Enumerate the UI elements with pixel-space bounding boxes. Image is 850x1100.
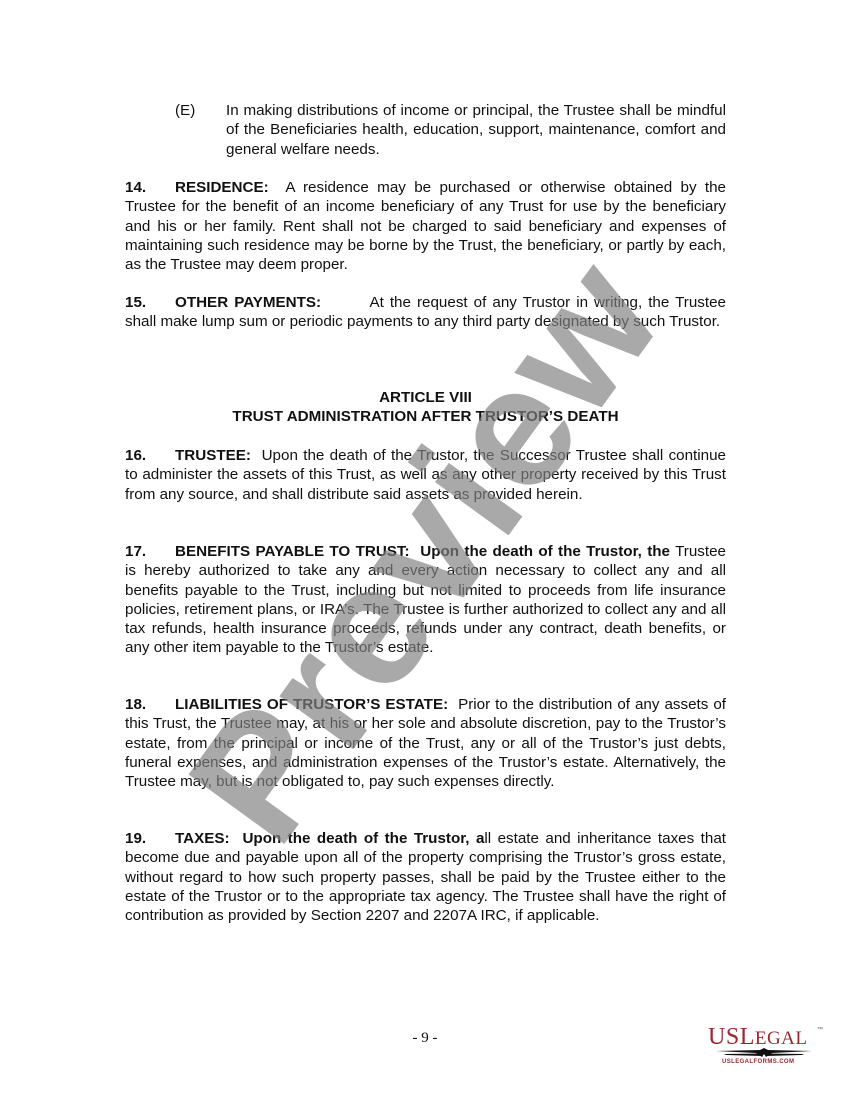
section-title: OTHER PAYMENTS:: [175, 294, 321, 311]
section-number: 19.: [125, 829, 175, 848]
section-number: 14.: [125, 178, 175, 197]
section-title: LIABILITIES OF TRUSTOR’S ESTATE:: [175, 696, 448, 713]
section-14: 14.RESIDENCE: A residence may be purchas…: [125, 178, 726, 274]
section-bold-lead: Upon the death of the Trustor, the: [420, 543, 670, 560]
document-page: (E) In making distributions of income or…: [0, 0, 850, 1100]
section-title: TRUSTEE:: [175, 447, 251, 464]
section-number: 17.: [125, 542, 175, 561]
section-number: 16.: [125, 446, 175, 465]
subsection-text: In making distributions of income or pri…: [226, 101, 726, 159]
subsection-e: (E) In making distributions of income or…: [175, 101, 726, 159]
section-number: 18.: [125, 695, 175, 714]
section-text: Trustee is hereby authorized to take any…: [125, 543, 726, 656]
logo-url: USLEGALFORMS.COM: [722, 1059, 794, 1065]
section-18: 18.LIABILITIES OF TRUSTOR’S ESTATE: Prio…: [125, 695, 726, 791]
subsection-label: (E): [175, 101, 195, 120]
section-19: 19.TAXES: Upon the death of the Trustor,…: [125, 829, 726, 925]
uslegal-logo[interactable]: USLEGAL ™ USLEGALFORMS.COM: [708, 1026, 824, 1068]
trademark-symbol: ™: [817, 1027, 823, 1033]
section-bold-lead: Upon the death of the Trustor, a: [242, 830, 484, 847]
section-15: 15.OTHER PAYMENTS: At the request of any…: [125, 293, 726, 332]
article-subtitle: TRUST ADMINISTRATION AFTER TRUSTOR’S DEA…: [125, 407, 726, 426]
article-title: ARTICLE VIII: [125, 388, 726, 407]
section-number: 15.: [125, 293, 175, 312]
section-16: 16.TRUSTEE: Upon the death of the Trusto…: [125, 446, 726, 504]
section-title: TAXES:: [175, 830, 230, 847]
section-title: RESIDENCE:: [175, 179, 269, 196]
logo-wordmark: USLEGAL: [708, 1026, 824, 1050]
section-title: BENEFITS PAYABLE TO TRUST:: [175, 543, 410, 560]
section-17: 17.BENEFITS PAYABLE TO TRUST: Upon the d…: [125, 542, 726, 658]
eagle-wings-icon: [716, 1048, 812, 1058]
article-heading: ARTICLE VIII TRUST ADMINISTRATION AFTER …: [125, 388, 726, 427]
